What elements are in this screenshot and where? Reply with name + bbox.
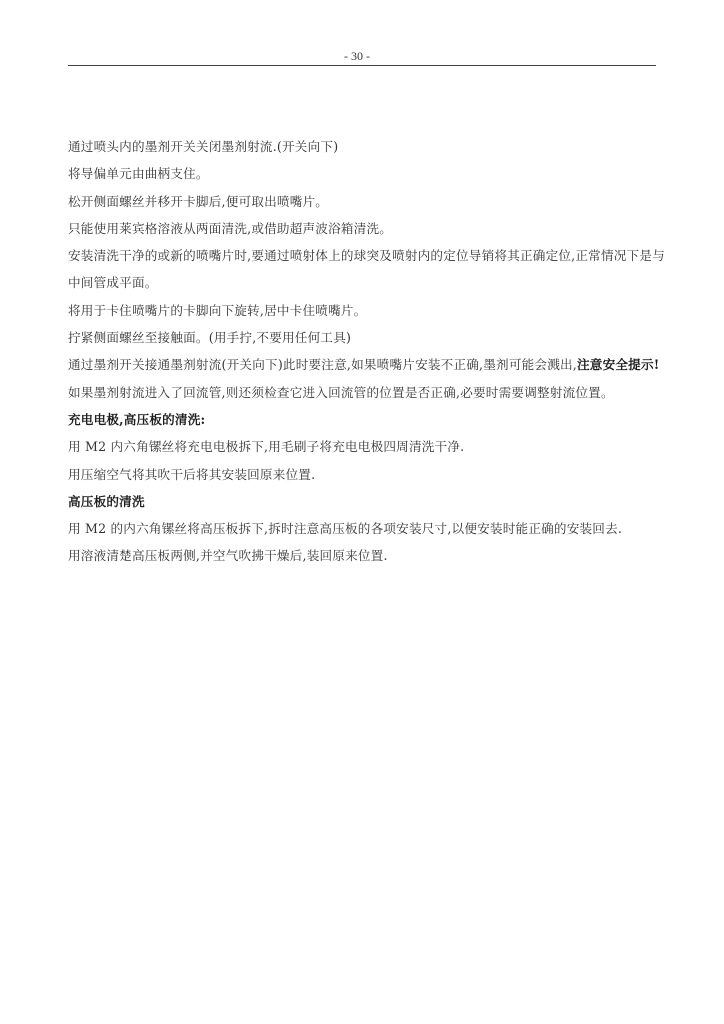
paragraph: 拧紧侧面螺丝至接触面。(用手拧,不要用任何工具) [68, 329, 668, 346]
page-number: - 30 - [0, 49, 724, 64]
section-heading-hv-plate: 高压板的清洗 [68, 493, 668, 510]
paragraph: 安装清洗干净的或新的喷嘴片时,要通过喷射体上的球突及喷射内的定位导销将其正确定位… [68, 242, 668, 297]
paragraph: 用压缩空气将其吹干后将其安装回原来位置. [68, 466, 668, 483]
safety-notice: 注意安全提示! [577, 357, 660, 372]
paragraph-text: 通过墨剂开关接通墨剂射流(开关向下)此时要注意,如果喷嘴片安装不正确,墨剂可能会… [68, 357, 577, 372]
paragraph: 通过喷头内的墨剂开关关闭墨剂射流.(开关向下) [68, 138, 668, 155]
paragraph: 用溶液清楚高压板两侧,并空气吹拂干燥后,装回原来位置. [68, 547, 668, 564]
page-number-text: - 30 - [344, 49, 370, 63]
paragraph: 用 M2 内六角镙丝将充电电极拆下,用毛刷子将充电电极四周清洗干净. [68, 438, 668, 455]
paragraph: 将用于卡住喷嘴片的卡脚向下旋转,居中卡住喷嘴片。 [68, 302, 668, 319]
paragraph-safety-warning: 通过墨剂开关接通墨剂射流(开关向下)此时要注意,如果喷嘴片安装不正确,墨剂可能会… [68, 356, 668, 373]
paragraph: 将导偏单元由曲柄支住。 [68, 165, 668, 182]
paragraph: 如果墨剂射流进入了回流管,则还须检查它进入回流管的位置是否正确,必要时需要调整射… [68, 384, 668, 401]
document-body: 通过喷头内的墨剂开关关闭墨剂射流.(开关向下) 将导偏单元由曲柄支住。 松开侧面… [68, 138, 668, 575]
section-heading-electrode: 充电电极,高压板的清洗: [68, 411, 668, 428]
paragraph: 用 M2 的内六角镙丝将高压板拆下,拆时注意高压板的各项安装尺寸,以便安装时能正… [68, 520, 668, 537]
header-rule [68, 65, 656, 66]
paragraph: 只能使用莱宾格溶液从两面清洗,或借助超声波浴箱清洗。 [68, 220, 668, 237]
paragraph: 松开侧面螺丝并移开卡脚后,便可取出喷嘴片。 [68, 193, 668, 210]
